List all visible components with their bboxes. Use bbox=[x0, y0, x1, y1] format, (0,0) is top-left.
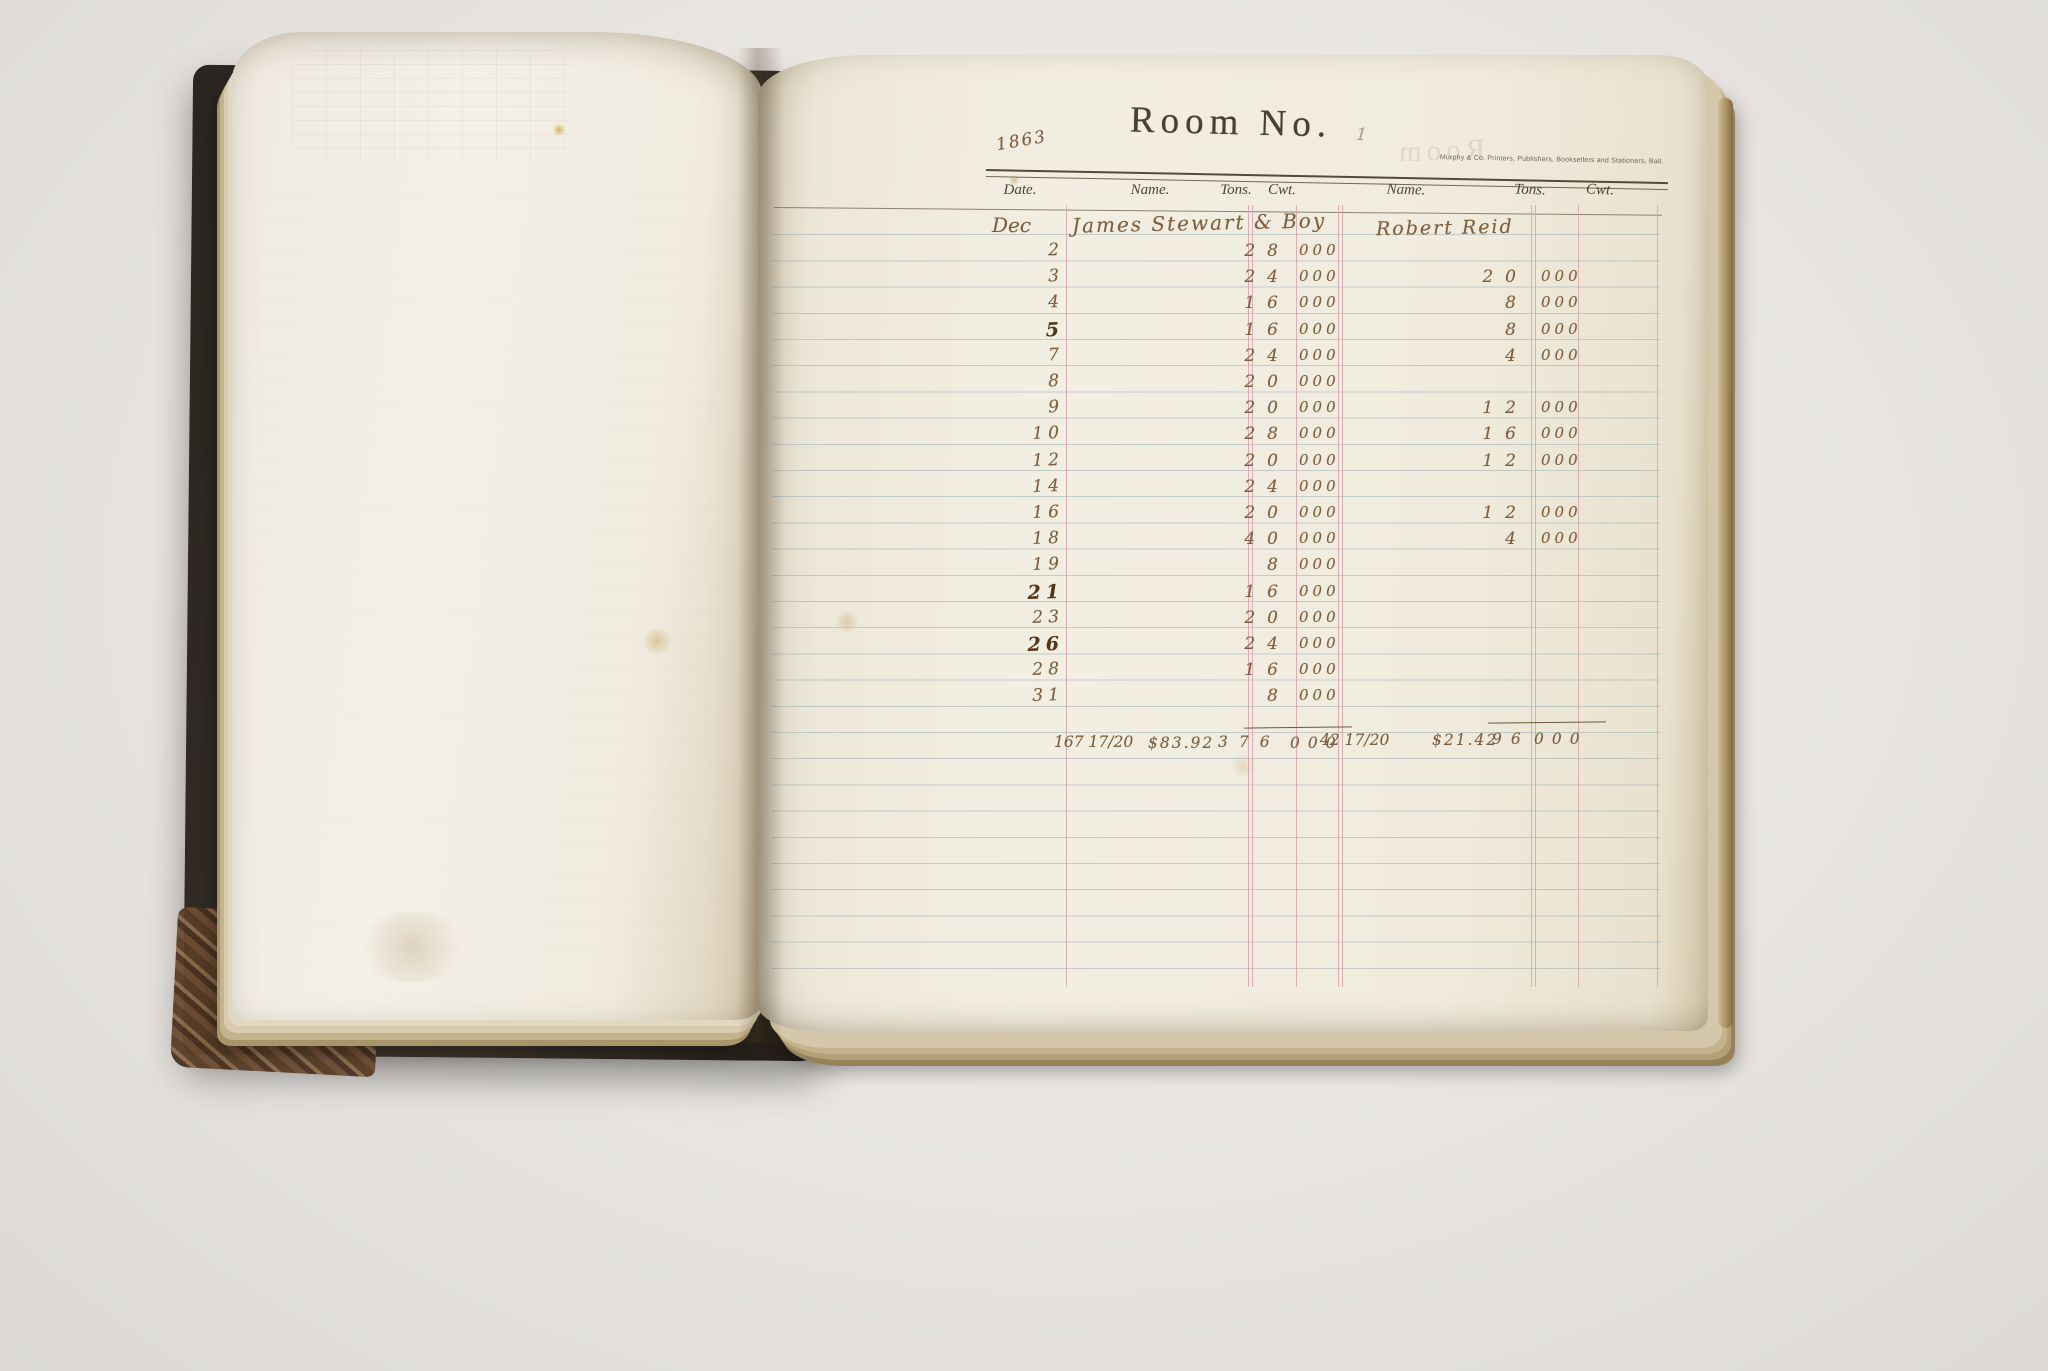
date-cell: 2 bbox=[994, 240, 1065, 262]
total-left-amount: $83.92 bbox=[1148, 734, 1214, 752]
ltons-cell: 20 bbox=[1208, 608, 1290, 628]
ltons-cell: 24 bbox=[1208, 267, 1290, 287]
rcwt-cell: 000 bbox=[1541, 267, 1595, 285]
date-cell: 12 bbox=[994, 449, 1065, 471]
ledger-book: 1863 Room No. 1 Room Murphy & Co. Printe… bbox=[170, 20, 1745, 1065]
table-row: 18400004000 bbox=[758, 529, 1708, 555]
show-through-title: Room bbox=[1393, 133, 1485, 169]
date-cell: 4 bbox=[994, 292, 1065, 314]
ledger-page: 1863 Room No. 1 Room Murphy & Co. Printe… bbox=[758, 55, 1708, 1031]
rtons-cell: 8 bbox=[1448, 320, 1528, 340]
ltons-cell: 16 bbox=[1208, 582, 1290, 602]
lcwt-cell: 000 bbox=[1299, 503, 1351, 521]
rcwt-cell: 000 bbox=[1541, 424, 1595, 442]
lcwt-cell: 000 bbox=[1299, 320, 1351, 338]
date-cell: 5 bbox=[994, 318, 1065, 342]
column-header-cwt-right: Cwt. bbox=[1586, 182, 1615, 200]
date-cell: 21 bbox=[994, 580, 1065, 604]
rtons-cell: 8 bbox=[1448, 293, 1528, 313]
date-cell: 19 bbox=[994, 554, 1065, 576]
lcwt-cell: 000 bbox=[1299, 686, 1351, 704]
date-cell: 26 bbox=[994, 633, 1065, 657]
lcwt-cell: 000 bbox=[1299, 555, 1351, 573]
rcwt-cell: 000 bbox=[1541, 320, 1595, 338]
table-row: 2624000 bbox=[758, 634, 1708, 660]
date-cell: 31 bbox=[994, 685, 1065, 707]
stain bbox=[640, 628, 674, 654]
lcwt-cell: 000 bbox=[1299, 293, 1351, 311]
table-row: 32400020000 bbox=[758, 267, 1708, 293]
ltons-cell: 20 bbox=[1208, 451, 1290, 471]
rtons-cell: 12 bbox=[1448, 503, 1528, 523]
total-right-tons-fraction: 42 17/20 bbox=[1320, 731, 1389, 749]
table-row: 820000 bbox=[758, 372, 1708, 398]
total-left-tons-fraction: 167 17/20 bbox=[1054, 733, 1133, 751]
date-cell: 9 bbox=[994, 397, 1065, 419]
table-row: 102800016000 bbox=[758, 424, 1708, 450]
lcwt-cell: 000 bbox=[1299, 634, 1351, 652]
column-header-date: Date. bbox=[1004, 182, 1037, 199]
table-row: 5160008000 bbox=[758, 320, 1708, 346]
date-cell: 7 bbox=[994, 345, 1065, 367]
rcwt-cell: 000 bbox=[1541, 398, 1595, 416]
lcwt-cell: 000 bbox=[1299, 608, 1351, 626]
ltons-cell: 16 bbox=[1208, 660, 1290, 680]
rtons-cell: 4 bbox=[1448, 346, 1528, 366]
ltons-cell: 8 bbox=[1208, 555, 1290, 575]
table-row: 4160008000 bbox=[758, 293, 1708, 319]
total-right-cwt: 000 bbox=[1534, 730, 1588, 748]
room-number: 1 bbox=[1355, 125, 1367, 146]
date-cell: 14 bbox=[994, 476, 1065, 498]
table-row: 2116000 bbox=[758, 582, 1708, 608]
ltons-cell: 16 bbox=[1208, 320, 1290, 340]
month-label: Dec bbox=[992, 213, 1031, 237]
lcwt-cell: 000 bbox=[1299, 477, 1351, 495]
lcwt-cell: 000 bbox=[1299, 241, 1351, 259]
date-cell: 23 bbox=[994, 607, 1065, 629]
show-through-grid bbox=[292, 50, 572, 160]
photograph-background: 1863 Room No. 1 Room Murphy & Co. Printe… bbox=[0, 0, 2048, 1371]
total-right-amount: $21.42 bbox=[1432, 731, 1498, 749]
column-header-name-right: Name. bbox=[1386, 181, 1425, 199]
right-account-name: Robert Reid bbox=[1376, 216, 1514, 240]
ltons-cell: 8 bbox=[1208, 686, 1290, 706]
rcwt-cell: 000 bbox=[1541, 529, 1595, 547]
lcwt-cell: 000 bbox=[1299, 582, 1351, 600]
table-row: 318000 bbox=[758, 686, 1708, 712]
table-row: 92000012000 bbox=[758, 398, 1708, 424]
table-row: 2320000 bbox=[758, 608, 1708, 634]
column-header-row: Date. Name. Tons. Cwt. Name. Tons. Cwt. bbox=[758, 182, 1708, 206]
lcwt-cell: 000 bbox=[1299, 660, 1351, 678]
table-row: 1424000 bbox=[758, 477, 1708, 503]
date-cell: 18 bbox=[994, 528, 1065, 550]
date-cell: 3 bbox=[994, 266, 1065, 288]
ltons-cell: 16 bbox=[1208, 293, 1290, 313]
total-right-tons: 96 bbox=[1492, 730, 1530, 748]
lcwt-cell: 000 bbox=[1299, 346, 1351, 364]
ltons-cell: 40 bbox=[1208, 529, 1290, 549]
rtons-cell: 12 bbox=[1448, 451, 1528, 471]
ltons-cell: 28 bbox=[1208, 424, 1290, 444]
rtons-cell: 20 bbox=[1448, 267, 1528, 287]
table-row: 228000 bbox=[758, 241, 1708, 267]
table-row: 122000012000 bbox=[758, 451, 1708, 477]
lcwt-cell: 000 bbox=[1299, 267, 1351, 285]
ltons-cell: 24 bbox=[1208, 634, 1290, 654]
table-row: 198000 bbox=[758, 555, 1708, 581]
ltons-cell: 20 bbox=[1208, 372, 1290, 392]
lcwt-cell: 000 bbox=[1299, 451, 1351, 469]
lcwt-cell: 000 bbox=[1299, 424, 1351, 442]
rcwt-cell: 000 bbox=[1541, 451, 1595, 469]
date-cell: 16 bbox=[994, 502, 1065, 524]
handwritten-year: 1863 bbox=[995, 127, 1049, 156]
ltons-cell: 20 bbox=[1208, 398, 1290, 418]
rtons-cell: 4 bbox=[1448, 529, 1528, 549]
rcwt-cell: 000 bbox=[1541, 293, 1595, 311]
rtons-cell: 12 bbox=[1448, 398, 1528, 418]
date-cell: 28 bbox=[994, 659, 1065, 681]
fore-edge-pages bbox=[1718, 98, 1733, 1028]
stain bbox=[552, 124, 566, 136]
table-row: 2816000 bbox=[758, 660, 1708, 686]
column-header-tons-right: Tons. bbox=[1514, 181, 1546, 199]
column-header-tons-left: Tons. bbox=[1220, 182, 1252, 199]
date-cell: 10 bbox=[994, 423, 1065, 445]
lcwt-cell: 000 bbox=[1299, 529, 1351, 547]
total-left-tons: 376 bbox=[1218, 733, 1281, 751]
rtons-cell: 16 bbox=[1448, 424, 1528, 444]
faint-ruled-lines bbox=[262, 172, 722, 960]
rcwt-cell: 000 bbox=[1541, 346, 1595, 364]
ltons-cell: 24 bbox=[1208, 346, 1290, 366]
column-header-cwt-left: Cwt. bbox=[1268, 182, 1296, 199]
table-row: 162000012000 bbox=[758, 503, 1708, 529]
blank-left-page bbox=[232, 32, 762, 1020]
lcwt-cell: 000 bbox=[1299, 398, 1351, 416]
page-title: Room No. bbox=[1130, 99, 1333, 147]
ltons-cell: 24 bbox=[1208, 477, 1290, 497]
date-cell: 8 bbox=[994, 371, 1065, 393]
totals-row: 167 17/20 $83.92 376 000 42 17/20 $21.42… bbox=[758, 733, 1708, 759]
table-row: 7240004000 bbox=[758, 346, 1708, 372]
column-header-name-left: Name. bbox=[1131, 182, 1170, 199]
ltons-cell: 20 bbox=[1208, 503, 1290, 523]
lcwt-cell: 000 bbox=[1299, 372, 1351, 390]
stain bbox=[352, 912, 472, 982]
rcwt-cell: 000 bbox=[1541, 503, 1595, 521]
ltons-cell: 28 bbox=[1208, 241, 1290, 261]
